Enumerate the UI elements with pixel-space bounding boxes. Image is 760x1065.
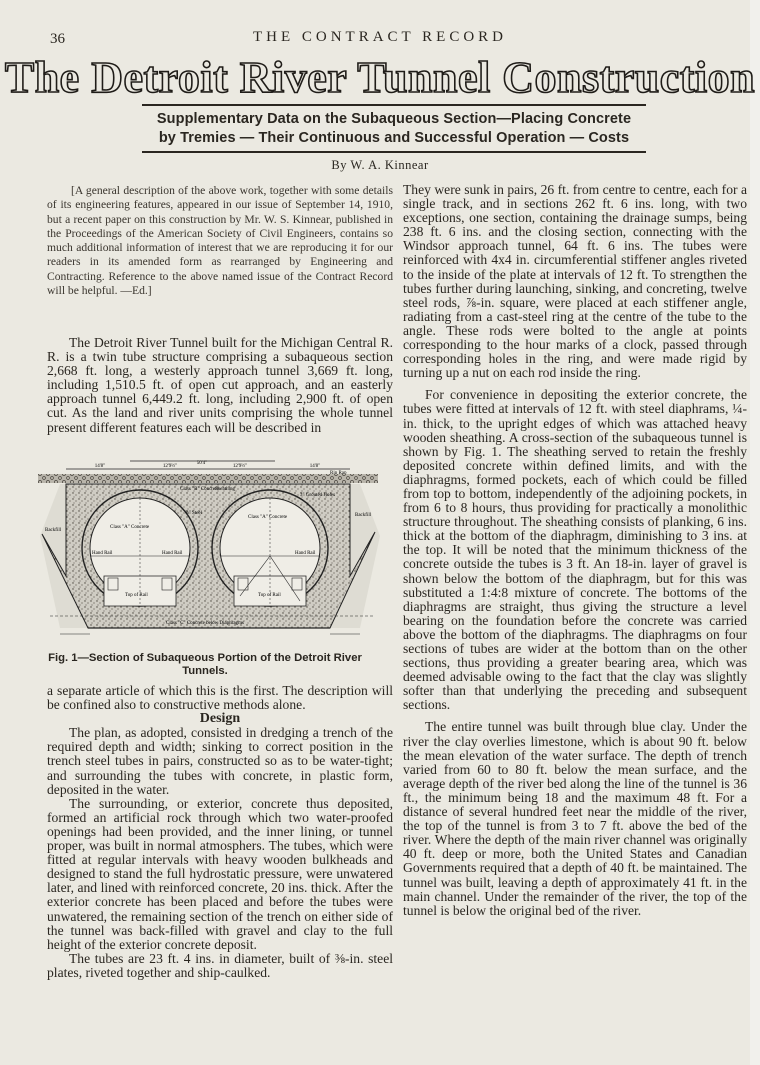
subtitle-rule-bottom xyxy=(142,151,646,153)
tunnel-section-drawing: 50'4" 14'8" 12'9½" 12'9½" 14'8" Rip Rap xyxy=(30,456,400,646)
figure-tunnel-cross-section: 50'4" 14'8" 12'9½" 12'9½" 14'8" Rip Rap xyxy=(30,456,400,646)
label-class-a-left: Class "A" Concrete xyxy=(110,525,150,530)
design-paragraph-2: The surrounding, or exterior, concrete t… xyxy=(47,797,393,952)
right-paragraph-2: For convenience in depositing the exteri… xyxy=(403,388,747,712)
left-column-body: a separate article of which this is the … xyxy=(47,684,393,980)
intro-paragraph: The Detroit River Tunnel built for the M… xyxy=(47,336,393,435)
dim-outer-left: 14'8" xyxy=(95,464,105,469)
figure-caption: Fig. 1—Section of Subaqueous Portion of … xyxy=(40,652,370,678)
intro-continuation: a separate article of which this is the … xyxy=(47,684,393,712)
subtitle-rule-top xyxy=(142,104,646,106)
dim-outer-right: 14'8" xyxy=(310,464,320,469)
label-hand-rail-3: Hand Rail xyxy=(295,551,316,556)
editor-note: [A general description of the above work… xyxy=(47,184,393,298)
label-top-of-rail-right: Top of Rail xyxy=(258,593,281,598)
right-paragraph-1: They were sunk in pairs, 26 ft. from cen… xyxy=(403,183,747,380)
dim-inner-right: 12'9½" xyxy=(233,464,247,469)
label-hand-rail-1: Hand Rail xyxy=(92,551,113,556)
design-paragraph-3: The tubes are 23 ft. 4 ins. in diameter,… xyxy=(47,952,393,980)
article-title: The Detroit River Tunnel Construction xyxy=(0,52,760,103)
design-paragraph-1: The plan, as adopted, consisted in dredg… xyxy=(47,726,393,796)
label-below-diaphragm: Class "C" Concrete below Diaphragms xyxy=(166,621,244,626)
label-class-a-right: Class "A" Concrete xyxy=(248,515,288,520)
section-heading-design: Design xyxy=(47,712,393,726)
running-head: THE CONTRACT RECORD xyxy=(0,29,760,46)
editor-note-text: [A general description of the above work… xyxy=(47,184,393,298)
label-top-of-rail-left: Top of Rail xyxy=(125,593,148,598)
right-column: They were sunk in pairs, 26 ft. from cen… xyxy=(403,183,747,918)
subtitle-line-2: by Tremies — Their Continuous and Succes… xyxy=(142,129,646,148)
byline: By W. A. Kinnear xyxy=(0,158,760,173)
label-sheathing: Sheathing xyxy=(215,487,235,492)
left-column-intro: The Detroit River Tunnel built for the M… xyxy=(47,336,393,435)
label-steel: ⅜" Steel xyxy=(185,511,203,516)
subtitle-line-1: Supplementary Data on the Subaqueous Sec… xyxy=(142,110,646,129)
label-class-b: Class "B" Concrete xyxy=(180,487,220,492)
label-backfill-left: Backfill xyxy=(45,528,62,533)
label-hand-rail-2: Hand Rail xyxy=(162,551,183,556)
article-subtitle: Supplementary Data on the Subaqueous Sec… xyxy=(142,110,646,148)
label-backfill-right: Backfill xyxy=(355,513,372,518)
magazine-page: 36 THE CONTRACT RECORD The Detroit River… xyxy=(0,0,760,1065)
dim-overall: 50'4" xyxy=(197,461,207,466)
label-grout-holes: 3" Grouted Holes xyxy=(300,493,335,498)
right-paragraph-3: The entire tunnel was built through blue… xyxy=(403,720,747,917)
dim-inner-left: 12'9½" xyxy=(163,464,177,469)
